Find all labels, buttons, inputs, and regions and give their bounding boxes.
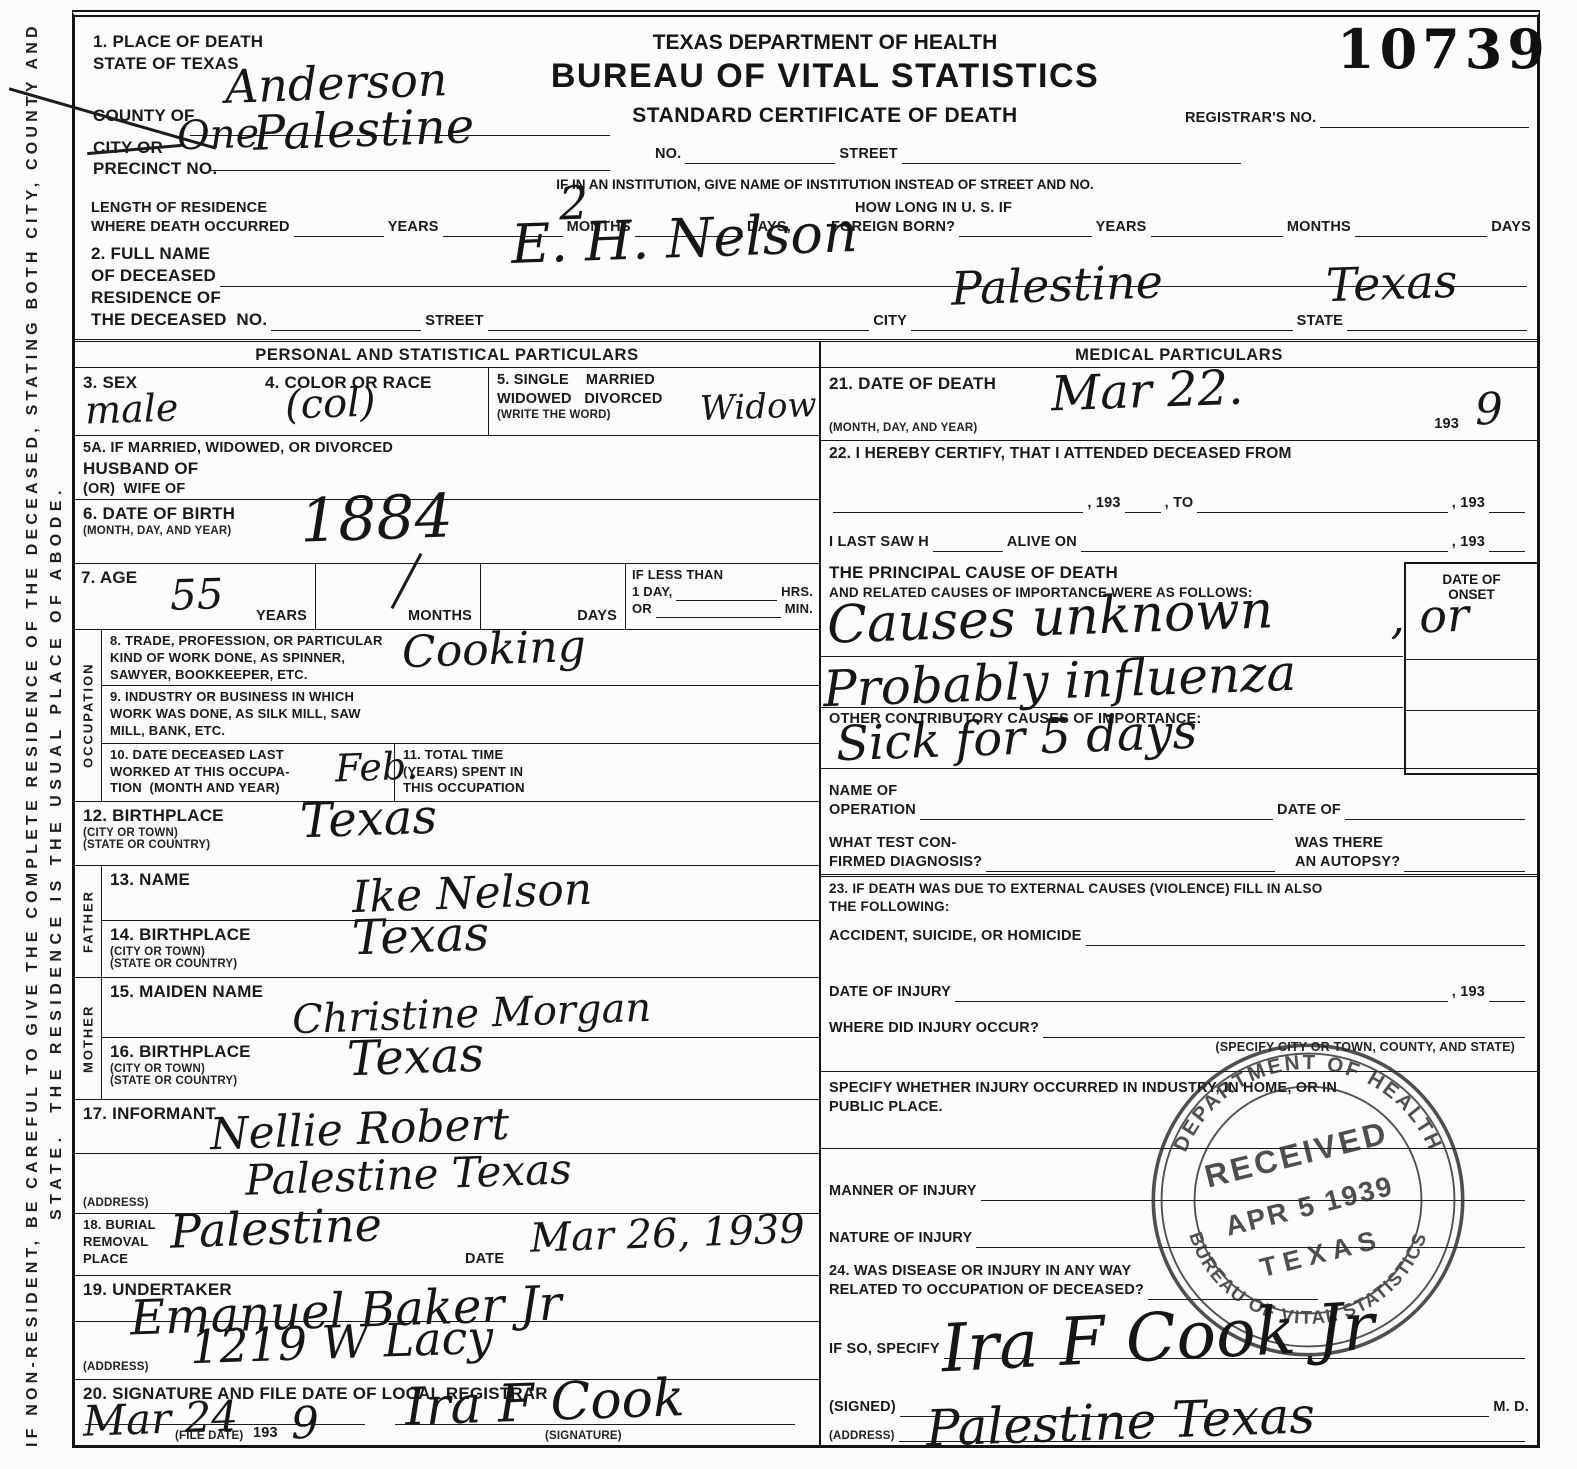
item11-cell: 11. TOTAL TIME (YEARS) SPENT IN THIS OCC… <box>394 744 819 801</box>
test-blank <box>986 869 1275 872</box>
mother-side-label: MOTHER <box>75 978 101 1099</box>
test-line1: WHAT TEST CON- <box>829 834 1279 853</box>
accident-blank <box>1086 943 1525 946</box>
no-street-row: NO. STREET <box>655 145 1245 164</box>
nature-label: NATURE OF INJURY <box>829 1229 972 1248</box>
date-injury-year-blank <box>1489 999 1525 1002</box>
precinct-no-label: PRECINCT NO. <box>93 158 217 180</box>
death-certificate-scan: IF NON-RESIDENT, BE CAREFUL TO GIVE THE … <box>0 0 1577 1469</box>
full-name-row: 2. FULL NAME OF DECEASED E. H. Nelson <box>91 243 1531 287</box>
mother-side: MOTHER <box>75 978 102 1099</box>
m16-value-handwriting: Texas <box>346 1033 484 1081</box>
age-days-cell: DAYS <box>480 564 625 629</box>
f14-value-handwriting: Texas <box>351 912 489 960</box>
lor-years-blank <box>294 234 384 237</box>
marital-cell: 5. SINGLE MARRIED WIDOWED DIVORCED (WRIT… <box>488 368 819 435</box>
columns: PERSONAL AND STATISTICAL PARTICULARS 3. … <box>75 339 1537 1445</box>
informant-row: 17. INFORMANT Nellie Robert <box>75 1100 819 1154</box>
operation-label2: OPERATION <box>829 801 916 820</box>
father-group: FATHER 13. NAME Ike Nelson 14. BIRTHPLAC… <box>75 866 819 978</box>
signed-md-label: M. D. <box>1493 1398 1529 1417</box>
age-row: 7. AGE 55 YEARS MONTHS DAYS IF LESS THAN… <box>75 564 819 630</box>
where-injury-label: WHERE DID INJURY OCCUR? <box>829 1019 1039 1038</box>
residence-row: RESIDENCE OF THE DECEASED NO. STREET CIT… <box>91 287 1531 331</box>
age-label: 7. AGE <box>81 567 137 589</box>
bp12-sub1: (CITY OR TOWN) <box>83 827 811 839</box>
certify-to-label: , TO <box>1165 494 1194 513</box>
dob-value-handwriting: 1884 <box>299 489 453 548</box>
age-value-handwriting: 55 <box>169 575 224 615</box>
autopsy-line1: WAS THERE <box>1295 834 1529 853</box>
age-months-label: MONTHS <box>408 607 472 626</box>
undertaker-value-handwriting: Emanuel Baker Jr <box>129 1282 562 1340</box>
dod-value-handwriting: Mar 22. <box>1050 367 1244 417</box>
city-value-handwriting: Palestine <box>252 105 474 156</box>
item9-line2: WORK WAS DONE, AS SILK MILL, SAW <box>110 706 811 723</box>
date-of-injury-row: DATE OF INJURY , 193 <box>821 954 1537 1008</box>
date-injury-label: DATE OF INJURY <box>829 983 951 1002</box>
test-line2: FIRMED DIAGNOSIS? <box>829 853 982 872</box>
physician-signature-handwriting: Ira F Cook Jr <box>940 1297 1376 1379</box>
registrar-no-label: REGISTRAR'S NO. <box>1185 109 1316 128</box>
age-less2-label: 1 DAY, <box>632 584 672 601</box>
certify-row: 22. I HEREBY CERTIFY, THAT I ATTENDED DE… <box>821 441 1537 518</box>
ifso-label: IF SO, SPECIFY <box>829 1340 940 1359</box>
us-months-label: MONTHS <box>1287 218 1351 237</box>
physician-address-handwriting: Palestine Texas <box>925 1393 1315 1452</box>
burial-row: 18. BURIAL REMOVAL PLACE Palestine DATE … <box>75 1214 819 1276</box>
undertaker-row: 19. UNDERTAKER Emanuel Baker Jr <box>75 1276 819 1322</box>
age-less-than-cell: IF LESS THAN 1 DAY, HRS. OR MIN. <box>625 564 819 629</box>
informant-address-label: (ADDRESS) <box>83 1197 149 1209</box>
certify-year2: , 193 <box>1452 494 1485 513</box>
occupation-side-label: OCCUPATION <box>75 630 101 801</box>
onset-rule2 <box>1406 710 1539 711</box>
sex-race-marital-row: 3. SEX 4. COLOR OR RACE male (col) 5. SI… <box>75 368 819 436</box>
date-of-onset-box: DATE OF ONSET , or <box>1404 562 1537 775</box>
full-name-label2: OF DECEASED <box>91 265 216 287</box>
residence-label1: RESIDENCE OF <box>91 287 1531 309</box>
us-days-label: DAYS <box>1491 218 1531 237</box>
medical-column: MEDICAL PARTICULARS 21. DATE OF DEATH (M… <box>821 342 1537 1445</box>
mother-group: MOTHER 15. MAIDEN NAME Christine Morgan … <box>75 978 819 1100</box>
street-label: STREET <box>839 145 897 164</box>
residence-label2: THE DECEASED NO. <box>91 309 267 331</box>
no-label: NO. <box>655 145 681 164</box>
registrar-signature-handwriting: Ira F Cook <box>404 1375 685 1432</box>
residence-state-label: STATE <box>1297 312 1343 331</box>
personal-section-title: PERSONAL AND STATISTICAL PARTICULARS <box>75 342 819 368</box>
undertaker-address-label: (ADDRESS) <box>83 1361 149 1373</box>
item11-line3: THIS OCCUPATION <box>403 780 811 797</box>
manner-label: MANNER OF INJURY <box>829 1182 977 1201</box>
lastsaw-label-b: ALIVE ON <box>1007 533 1077 552</box>
lastsaw-year-blank <box>1489 549 1525 552</box>
full-name-value-handwriting: E. H. Nelson <box>510 209 858 270</box>
contributory-value-handwriting: Sick for 5 days <box>835 711 1198 767</box>
certify-blank1 <box>833 510 1083 513</box>
occupation-side: OCCUPATION <box>75 630 102 801</box>
burial-date-value-handwriting: Mar 26, 1939 <box>529 1211 805 1257</box>
test-cell: WHAT TEST CON- FIRMED DIAGNOSIS? <box>821 831 1287 874</box>
state-of-texas-label: STATE OF TEXAS <box>93 53 239 75</box>
item23-line1: 23. IF DEATH WAS DUE TO EXTERNAL CAUSES … <box>829 880 1529 898</box>
place-of-death-label: 1. PLACE OF DEATH <box>93 31 263 53</box>
item23-row: 23. IF DEATH WAS DUE TO EXTERNAL CAUSES … <box>821 877 1537 914</box>
certify-blank2 <box>1197 510 1447 513</box>
last-saw-row: I LAST SAW H ALIVE ON , 193 <box>821 518 1537 559</box>
street-blank <box>902 161 1241 164</box>
registrar-no-blank <box>1320 125 1529 128</box>
last-worked-row: 10. DATE DECEASED LAST WORKED AT THIS OC… <box>102 744 819 801</box>
burial-date-label: DATE <box>465 1250 504 1269</box>
dept-title: TEXAS DEPARTMENT OF HEALTH <box>475 31 1175 55</box>
date-injury-year: , 193 <box>1452 983 1485 1002</box>
date-of-death-row: 21. DATE OF DEATH (MONTH, DAY, AND YEAR)… <box>821 368 1537 441</box>
mother-rows: 15. MAIDEN NAME Christine Morgan 16. BIR… <box>102 978 819 1099</box>
no-blank <box>685 161 835 164</box>
operation-date-blank <box>1345 817 1525 820</box>
date-injury-blank <box>955 999 1448 1002</box>
residence-street-label: STREET <box>425 312 483 331</box>
stamp-texas-text: TEXAS <box>1257 1224 1386 1283</box>
residence-city-value-handwriting: Palestine <box>950 261 1163 310</box>
cause-or-handwriting: , or <box>1389 595 1469 639</box>
certificate-frame: 1. PLACE OF DEATH STATE OF TEXAS COUNTY … <box>72 10 1540 1448</box>
test-autopsy-row: WHAT TEST CON- FIRMED DIAGNOSIS? WAS THE… <box>821 831 1537 877</box>
margin-note-line1: IF NON-RESIDENT, BE CAREFUL TO GIVE THE … <box>24 18 42 1447</box>
dob-row: 6. DATE OF BIRTH (MONTH, DAY, AND YEAR) … <box>75 500 819 564</box>
dod-year-value-handwriting: 9 <box>1474 390 1503 431</box>
operation-blank <box>920 817 1273 820</box>
bp12-label: 12. BIRTHPLACE <box>83 805 811 827</box>
accident-label: ACCIDENT, SUICIDE, OR HOMICIDE <box>829 927 1082 946</box>
age-or-label: OR <box>632 601 652 618</box>
certify-year1-blank <box>1125 510 1161 513</box>
item9-line1: 9. INDUSTRY OR BUSINESS IN WHICH <box>110 689 811 706</box>
certificate-number: 10739 <box>1337 17 1550 81</box>
item9-line3: MILL, BANK, ETC. <box>110 723 811 740</box>
lastsaw-year: , 193 <box>1452 533 1485 552</box>
marital-value-handwriting: Widow <box>700 390 818 425</box>
occupation-group: OCCUPATION 8. TRADE, PROFESSION, OR PART… <box>75 630 819 802</box>
residence-city-blank <box>911 328 1293 331</box>
age-min-label: MIN. <box>785 601 813 618</box>
physician-address-label: (ADDRESS) <box>829 1430 895 1442</box>
burial-place-value-handwriting: Palestine <box>169 1204 382 1253</box>
institution-note: IF IN AN INSTITUTION, GIVE NAME OF INSTI… <box>375 177 1275 192</box>
age-min-blank <box>656 615 781 618</box>
residence-street-blank <box>488 328 870 331</box>
bp12-sub2: (STATE OR COUNTRY) <box>83 839 811 851</box>
cause-value2-handwriting: Probably influenza <box>822 651 1297 712</box>
dod-year-prefix: 193 <box>1434 415 1459 434</box>
us-years-label: YEARS <box>1096 218 1147 237</box>
lastsaw-label-a: I LAST SAW H <box>829 533 929 552</box>
industry-row: 9. INDUSTRY OR BUSINESS IN WHICH WORK WA… <box>102 686 819 744</box>
us-years-blank <box>959 234 1091 237</box>
father-birthplace-row: 14. BIRTHPLACE (CITY OR TOWN) (STATE OR … <box>102 921 819 977</box>
residence-state-value-handwriting: Texas <box>1325 261 1458 307</box>
father-rows: 13. NAME Ike Nelson 14. BIRTHPLACE (CITY… <box>102 866 819 977</box>
form-titles: TEXAS DEPARTMENT OF HEALTH BUREAU OF VIT… <box>475 31 1175 128</box>
race-value-handwriting: (col) <box>284 384 376 423</box>
residence-length-right: HOW LONG IN U. S. IF FOREIGN BORN? YEARS… <box>791 199 1531 237</box>
operation-date-label: DATE OF <box>1277 801 1341 820</box>
precinct-value-handwriting: One <box>176 116 259 155</box>
file-date-line <box>85 1424 365 1425</box>
item23-line2: THE FOLLOWING: <box>829 898 1529 916</box>
autopsy-blank <box>1404 869 1525 872</box>
personal-column: PERSONAL AND STATISTICAL PARTICULARS 3. … <box>75 342 821 1445</box>
accident-row: ACCIDENT, SUICIDE, OR HOMICIDE <box>821 914 1537 953</box>
item5a-line2: HUSBAND OF <box>83 458 811 480</box>
cause-value1-handwriting: Causes unknown <box>826 587 1274 649</box>
margin-note-line2: STATE. THE RESIDENCE IS THE USUAL PLACE … <box>48 420 66 1220</box>
bp12-value-handwriting: Texas <box>299 796 437 844</box>
age-years-label: YEARS <box>256 607 307 626</box>
autopsy-line2: AN AUTOPSY? <box>1295 853 1400 872</box>
item11-line2: (YEARS) SPENT IN <box>403 764 811 781</box>
father-side: FATHER <box>75 866 102 977</box>
father-side-label: FATHER <box>75 866 101 977</box>
operation-row: NAME OF OPERATION DATE OF <box>821 769 1537 831</box>
city-line <box>210 170 610 171</box>
age-hrs-label: HRS. <box>781 584 813 601</box>
item11-line1: 11. TOTAL TIME <box>403 747 811 764</box>
onset-label1: DATE OF <box>1406 572 1537 587</box>
age-less1-label: IF LESS THAN <box>632 567 813 584</box>
item10-value-handwriting: Feb. <box>334 748 418 785</box>
lor-label2: WHERE DEATH OCCURRED <box>91 218 290 237</box>
lor-years-label: YEARS <box>388 218 439 237</box>
certify-line1: 22. I HEREBY CERTIFY, THAT I ATTENDED DE… <box>829 444 1529 464</box>
residence-city-label: CITY <box>873 312 907 331</box>
us-days-blank <box>1355 234 1487 237</box>
age-hrs-blank <box>676 598 777 601</box>
residence-no-blank <box>271 328 421 331</box>
certify-year1: , 193 <box>1087 494 1120 513</box>
us-label1: HOW LONG IN U. S. IF <box>831 199 1531 218</box>
registrar-row: 20. SIGNATURE AND FILE DATE OF LOCAL REG… <box>75 1380 819 1445</box>
signed-label: (SIGNED) <box>829 1398 896 1417</box>
mother-birthplace-row: 16. BIRTHPLACE (CITY OR TOWN) (STATE OR … <box>102 1038 819 1099</box>
residence-state-blank <box>1347 328 1527 331</box>
trade-row: 8. TRADE, PROFESSION, OR PARTICULAR KIND… <box>102 630 819 686</box>
autopsy-cell: WAS THERE AN AUTOPSY? <box>1287 831 1537 874</box>
sex-race-cell: 3. SEX 4. COLOR OR RACE male (col) <box>75 368 488 435</box>
birthplace12-row: 12. BIRTHPLACE (CITY OR TOWN) (STATE OR … <box>75 802 819 866</box>
us-months-blank <box>1151 234 1283 237</box>
lastsaw-blank2 <box>1081 549 1448 552</box>
item5a-line1: 5A. IF MARRIED, WIDOWED, OR DIVORCED <box>83 439 811 458</box>
operation-label1: NAME OF <box>829 782 1529 801</box>
item8-value-handwriting: Cooking <box>401 627 586 673</box>
dod-sub-label: (MONTH, DAY, AND YEAR) <box>829 422 977 434</box>
informant-address-value-handwriting: Palestine Texas <box>244 1150 572 1199</box>
file-date-year-prefix: 193 <box>253 1424 278 1443</box>
occupation-rows: 8. TRADE, PROFESSION, OR PARTICULAR KIND… <box>102 630 819 801</box>
sex-value-handwriting: male <box>84 390 178 427</box>
lastsaw-blank1 <box>933 549 1003 552</box>
item24-line2: RELATED TO OCCUPATION OF DECEASED? <box>829 1281 1144 1300</box>
onset-rule1 <box>1406 659 1539 660</box>
bureau-title: BUREAU OF VITAL STATISTICS <box>475 57 1175 96</box>
age-years-cell: 7. AGE 55 YEARS <box>75 564 315 629</box>
certificate-title: STANDARD CERTIFICATE OF DEATH <box>475 104 1175 128</box>
certify-year2-blank <box>1489 510 1525 513</box>
registrar-no-row: REGISTRAR'S NO. <box>1185 109 1533 128</box>
file-date-label: (FILE DATE) <box>175 1430 243 1442</box>
